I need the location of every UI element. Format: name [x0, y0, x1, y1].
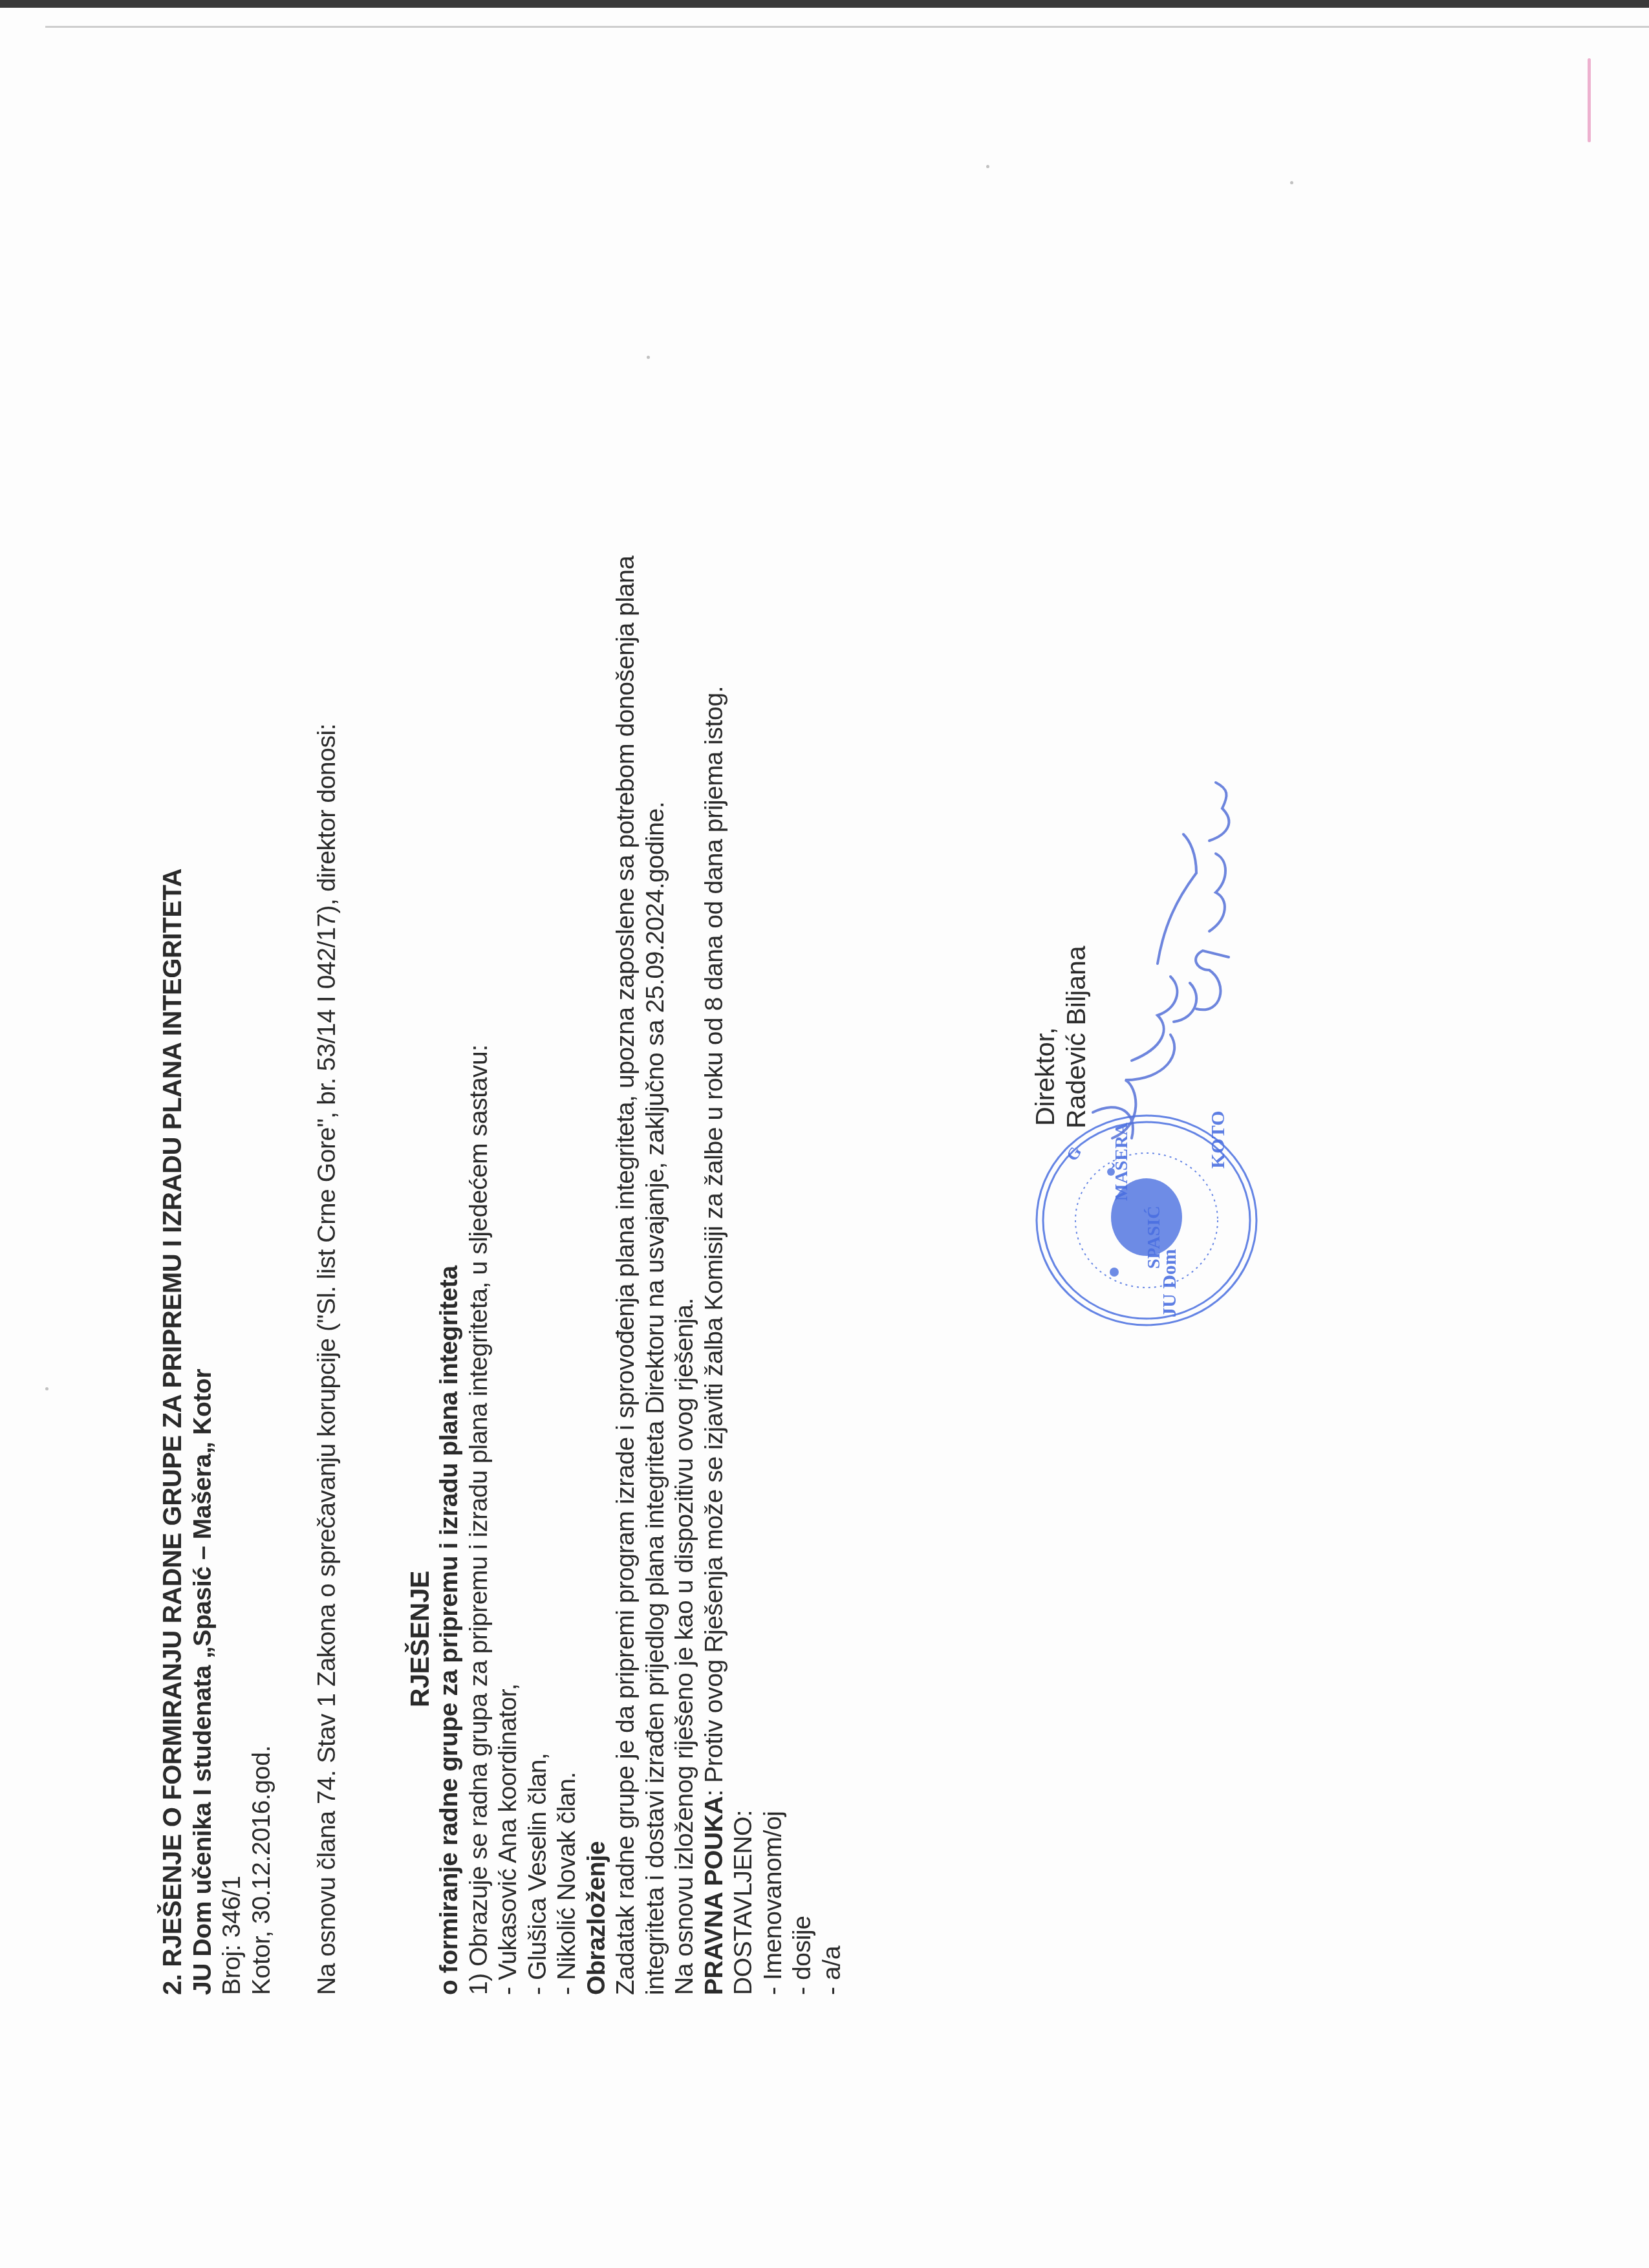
explanation-line: integriteta i dostavi izrađen prijedlog …: [641, 120, 671, 1995]
legal-basis: Na osnovu člana 74. Stav 1 Zakona o spre…: [312, 120, 342, 1995]
document-body: 2. RJEŠENJE O FORMIRANJU RADNE GRUPE ZA …: [158, 120, 846, 1995]
explanation-line: Zadatak radne grupe je da pripremi progr…: [611, 120, 641, 1995]
ink-mark: [1588, 58, 1591, 142]
signature-block: Direktor, Radević Biljana: [1029, 945, 1092, 1129]
explanation-line: Na osnovu izloženog riješeno je kao u di…: [670, 120, 700, 1995]
delivered-label: DOSTAVLJENO:: [729, 120, 759, 1995]
legal-remedy-text: : Protiv ovog Rješenja može se izjaviti …: [700, 686, 728, 1797]
explanation-heading: Obrazloženje: [582, 120, 612, 1995]
decision-title: RJEŠENJE: [405, 120, 435, 1995]
delivered-item: - dosije: [788, 120, 817, 1995]
place-date: Kotor, 30.12.2016.god.: [247, 120, 277, 1995]
member-list-item: - Nikolić Novak član.: [552, 120, 582, 1995]
scan-speck: [45, 1387, 48, 1390]
delivered-item: - Imenovanom/oj: [759, 120, 788, 1995]
legal-remedy: PRAVNA POUKA: Protiv ovog Rješenja može …: [700, 120, 729, 1995]
institution-name: JU Dom učenika I studenata „Spasić – Maš…: [188, 120, 218, 1995]
document-number: Broj: 346/1: [217, 120, 247, 1995]
document-heading: 2. RJEŠENJE O FORMIRANJU RADNE GRUPE ZA …: [158, 120, 188, 1995]
scan-edge-line: [45, 26, 1649, 28]
member-list-item: - Vukasović Ana koordinator,: [493, 120, 523, 1995]
scan-edge-band: [0, 0, 1649, 8]
legal-remedy-label: PRAVNA POUKA: [700, 1797, 728, 1995]
member-list-item: - Glušica Veselin član,: [523, 120, 553, 1995]
svg-text:SPASIĆ: SPASIĆ: [1144, 1205, 1164, 1269]
signature-name: Radević Biljana: [1061, 945, 1092, 1129]
scan-speck: [986, 165, 989, 168]
scan-speck: [1290, 181, 1293, 184]
decision-subtitle: o formiranje radne grupe za pripremu i i…: [435, 120, 464, 1995]
item-1: 1) Obrazuje se radna grupa za pripremu i…: [464, 120, 494, 1995]
delivered-item: - a/a: [817, 120, 847, 1995]
signature-title: Direktor,: [1029, 945, 1061, 1129]
